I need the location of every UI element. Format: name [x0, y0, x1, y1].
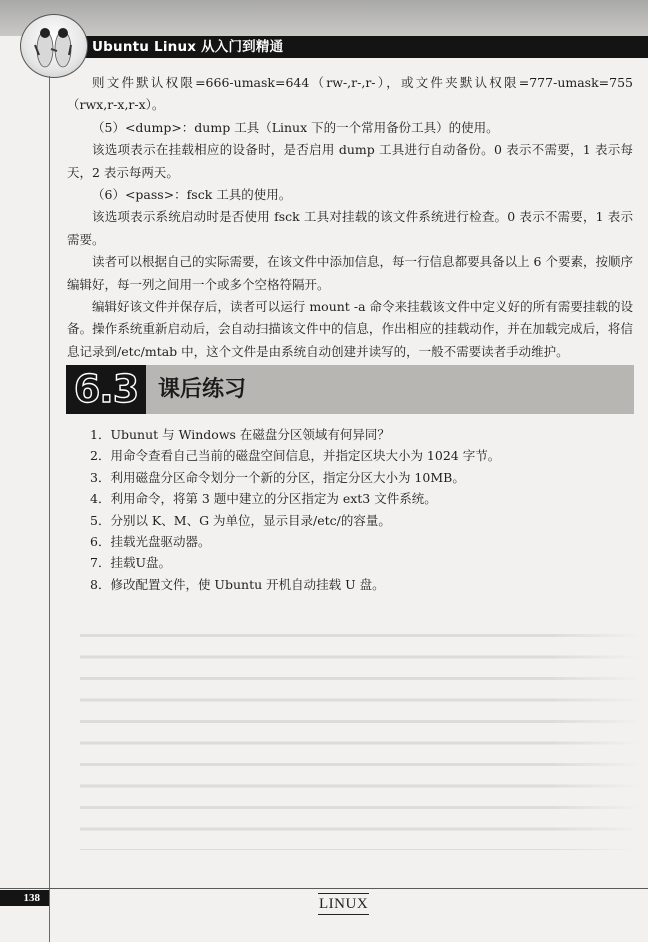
- list-item: 3．利用磁盘分区命令划分一个新的分区，指定分区大小为 10MB。: [90, 467, 610, 488]
- list-item: 6．挂载光盘驱动器。: [90, 531, 610, 552]
- penguins-icon: [21, 15, 87, 77]
- paragraph: （6）<pass>：fsck 工具的使用。: [67, 184, 633, 206]
- exercise-list: 1．Ubunut 与 Windows 在磁盘分区领域有何异同？ 2．用命令查看自…: [90, 424, 610, 595]
- paragraph: 则文件默认权限=666-umask=644（rw-,r-,r-），或文件夹默认权…: [67, 72, 633, 117]
- linux-footer-logo: LINUX: [318, 893, 369, 915]
- list-item: 4．利用命令，将第 3 题中建立的分区指定为 ext3 文件系统。: [90, 488, 610, 509]
- paragraph: 读者可以根据自己的实际需要，在该文件中添加信息，每一行信息都要具备以上 6 个要…: [67, 251, 633, 296]
- page-number: 138: [0, 890, 40, 906]
- list-item: 7．挂载U盘。: [90, 552, 610, 573]
- footer-rule: [0, 888, 648, 889]
- paragraph: 该选项表示在挂载相应的设备时，是否启用 dump 工具进行自动备份。0 表示不需…: [67, 139, 633, 184]
- section-title: 课后练习: [158, 365, 246, 414]
- book-title: Ubuntu Linux 从入门到精通: [92, 38, 283, 56]
- show-through-texture: [80, 620, 640, 850]
- body-text: 则文件默认权限=666-umask=644（rw-,r-,r-），或文件夹默认权…: [67, 72, 633, 363]
- paragraph: 编辑好该文件并保存后，读者可以运行 mount -a 命令来挂载该文件中定义好的…: [67, 296, 633, 363]
- margin-rule: [49, 76, 50, 942]
- penguins-logo-icon: [20, 14, 88, 78]
- list-item: 8．修改配置文件，使 Ubuntu 开机自动挂载 U 盘。: [90, 574, 610, 595]
- paragraph: 该选项表示系统启动时是否使用 fsck 工具对挂载的该文件系统进行检查。0 表示…: [67, 206, 633, 251]
- section-banner: [66, 365, 634, 414]
- list-item: 2．用命令查看自己当前的磁盘空间信息，并指定区块大小为 1024 字节。: [90, 445, 610, 466]
- top-gray-band: [0, 0, 648, 36]
- list-item: 1．Ubunut 与 Windows 在磁盘分区领域有何异同？: [90, 424, 610, 445]
- paragraph: （5）<dump>：dump 工具（Linux 下的一个常用备份工具）的使用。: [67, 117, 633, 139]
- list-item: 5．分别以 K、M、G 为单位，显示目录/etc/的容量。: [90, 510, 610, 531]
- section-number: 6.3: [66, 365, 146, 414]
